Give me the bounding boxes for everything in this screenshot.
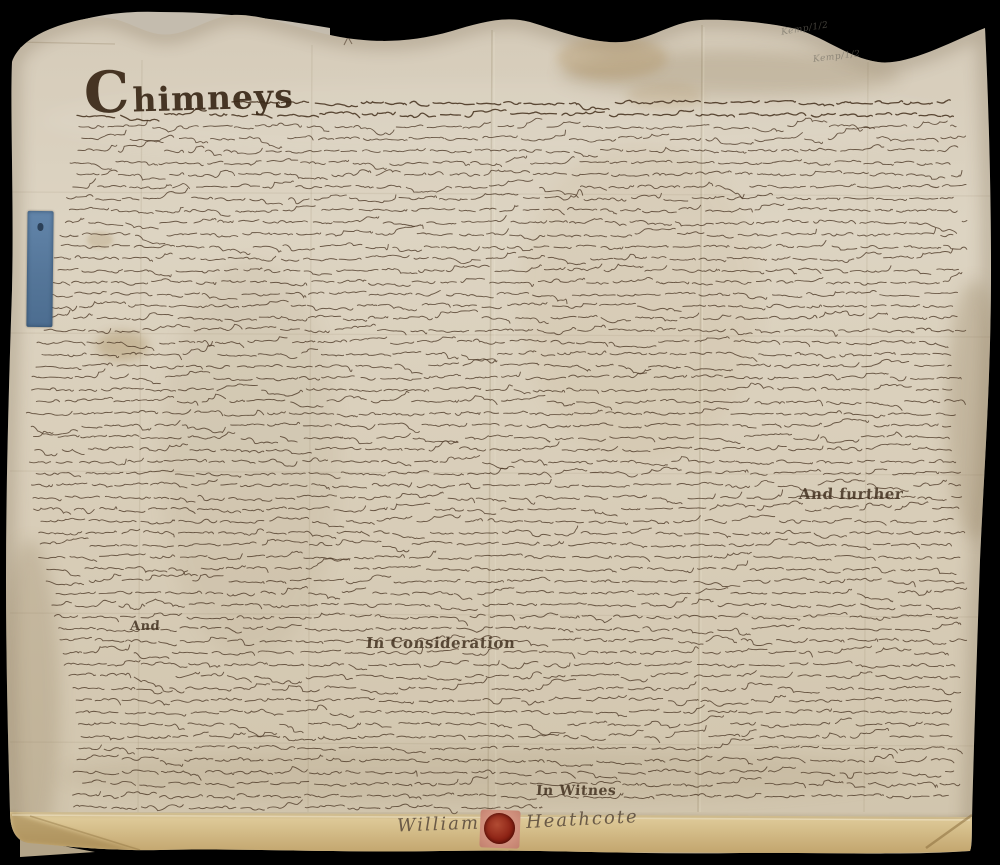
photograph-of-parchment-deed: Chimneys Kemp/1/2 Kemp/1/2 And furtherAn… <box>0 0 1000 865</box>
parchment-sheet-graphic <box>0 0 1000 865</box>
folded-foot-flap <box>10 812 972 853</box>
